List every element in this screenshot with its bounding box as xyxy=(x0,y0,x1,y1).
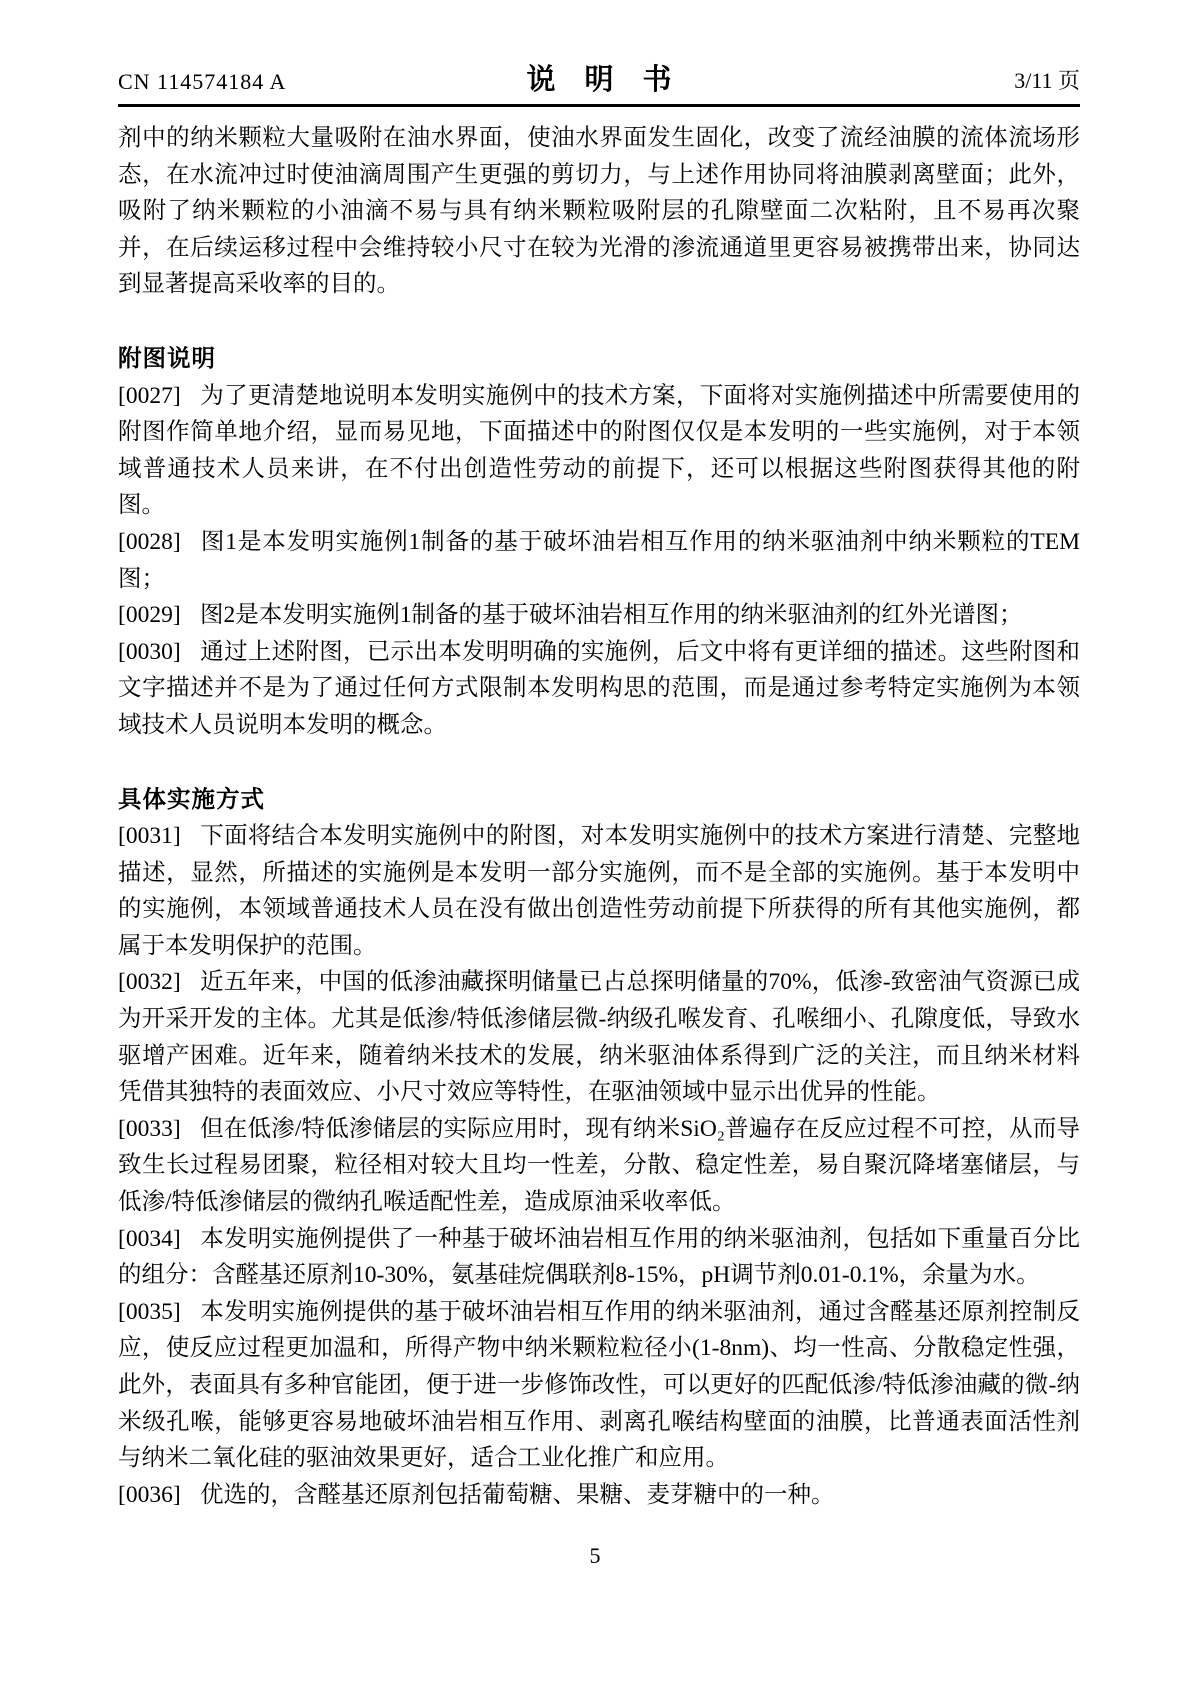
section-heading-detailed-embodiments: 具体实施方式 xyxy=(118,782,1080,819)
paragraph-0032: [0032]近五年来，中国的低渗油藏探明储量已占总探明储量的70%，低渗-致密油… xyxy=(118,964,1080,1110)
paragraph-text: 本发明实施例提供的基于破坏油岩相互作用的纳米驱油剂，通过含醛基还原剂控制反应，使… xyxy=(118,1299,1080,1471)
header-doc-title: 说 明 书 xyxy=(118,57,1080,98)
paragraph-number: [0032] xyxy=(118,964,200,1001)
paragraph-text: 近五年来，中国的低渗油藏探明储量已占总探明储量的70%，低渗-致密油气资源已成为… xyxy=(118,969,1080,1105)
page-footer: 5 xyxy=(0,1543,1190,1569)
paragraph-text: 优选的，含醛基还原剂包括葡萄糖、果糖、麦芽糖中的一种。 xyxy=(200,1482,835,1508)
paragraph-0031: [0031]下面将结合本发明实施例中的附图，对本发明实施例中的技术方案进行清楚、… xyxy=(118,818,1080,964)
paragraph-number: [0028] xyxy=(118,524,200,561)
paragraph-0034: [0034]本发明实施例提供了一种基于破坏油岩相互作用的纳米驱油剂，包括如下重量… xyxy=(118,1221,1080,1294)
paragraph-number: [0029] xyxy=(118,597,200,634)
paragraph-0033: [0033]但在低渗/特低渗储层的实际应用时，现有纳米SiO₂普遍存在反应过程不… xyxy=(118,1111,1080,1221)
paragraph-number: [0035] xyxy=(118,1294,200,1331)
paragraph-text: 剂中的纳米颗粒大量吸附在油水界面，使油水界面发生固化，改变了流经油膜的流体流场形… xyxy=(118,125,1080,297)
paragraph-number: [0031] xyxy=(118,818,200,855)
header-page-indicator: 3/11 页 xyxy=(1014,64,1080,95)
page-header: CN 114574184 A 说 明 书 3/11 页 xyxy=(118,60,1080,107)
paragraph-text: 为了更清楚地说明本发明实施例中的技术方案，下面将对实施例描述中所需要使用的附图作… xyxy=(118,383,1080,519)
paragraph-text: 本发明实施例提供了一种基于破坏油岩相互作用的纳米驱油剂，包括如下重量百分比的组分… xyxy=(118,1226,1080,1289)
paragraph-0027: [0027]为了更清楚地说明本发明实施例中的技术方案，下面将对实施例描述中所需要… xyxy=(118,378,1080,524)
paragraph-text: 但在低渗/特低渗储层的实际应用时，现有纳米SiO₂普遍存在反应过程不可控，从而导… xyxy=(118,1116,1080,1215)
paragraph-number: [0034] xyxy=(118,1221,200,1258)
paragraph-text: 下面将结合本发明实施例中的附图，对本发明实施例中的技术方案进行清楚、完整地描述，… xyxy=(118,823,1080,959)
paragraph-text: 图1是本发明实施例1制备的基于破坏油岩相互作用的纳米驱油剂中纳米颗粒的TEM图； xyxy=(118,529,1080,592)
paragraph-0030: [0030]通过上述附图，已示出本发明明确的实施例，后文中将有更详细的描述。这些… xyxy=(118,634,1080,744)
page-number: 5 xyxy=(590,1543,601,1568)
paragraph-number: [0027] xyxy=(118,378,200,415)
paragraph-number: [0030] xyxy=(118,634,200,671)
continuation-paragraph: 剂中的纳米颗粒大量吸附在油水界面，使油水界面发生固化，改变了流经油膜的流体流场形… xyxy=(118,120,1080,303)
paragraph-0035: [0035]本发明实施例提供的基于破坏油岩相互作用的纳米驱油剂，通过含醛基还原剂… xyxy=(118,1294,1080,1477)
paragraph-0028: [0028]图1是本发明实施例1制备的基于破坏油岩相互作用的纳米驱油剂中纳米颗粒… xyxy=(118,524,1080,597)
paragraph-0036: [0036]优选的，含醛基还原剂包括葡萄糖、果糖、麦芽糖中的一种。 xyxy=(118,1477,1080,1514)
paragraph-text: 通过上述附图，已示出本发明明确的实施例，后文中将有更详细的描述。这些附图和文字描… xyxy=(118,639,1080,738)
paragraph-number: [0033] xyxy=(118,1111,200,1148)
paragraph-text: 图2是本发明实施例1制备的基于破坏油岩相互作用的纳米驱油剂的红外光谱图； xyxy=(200,602,1023,628)
paragraph-number: [0036] xyxy=(118,1477,200,1514)
section-heading-figure-description: 附图说明 xyxy=(118,341,1080,378)
paragraph-0029: [0029]图2是本发明实施例1制备的基于破坏油岩相互作用的纳米驱油剂的红外光谱… xyxy=(118,597,1080,634)
document-body: 剂中的纳米颗粒大量吸附在油水界面，使油水界面发生固化，改变了流经油膜的流体流场形… xyxy=(118,120,1080,1513)
